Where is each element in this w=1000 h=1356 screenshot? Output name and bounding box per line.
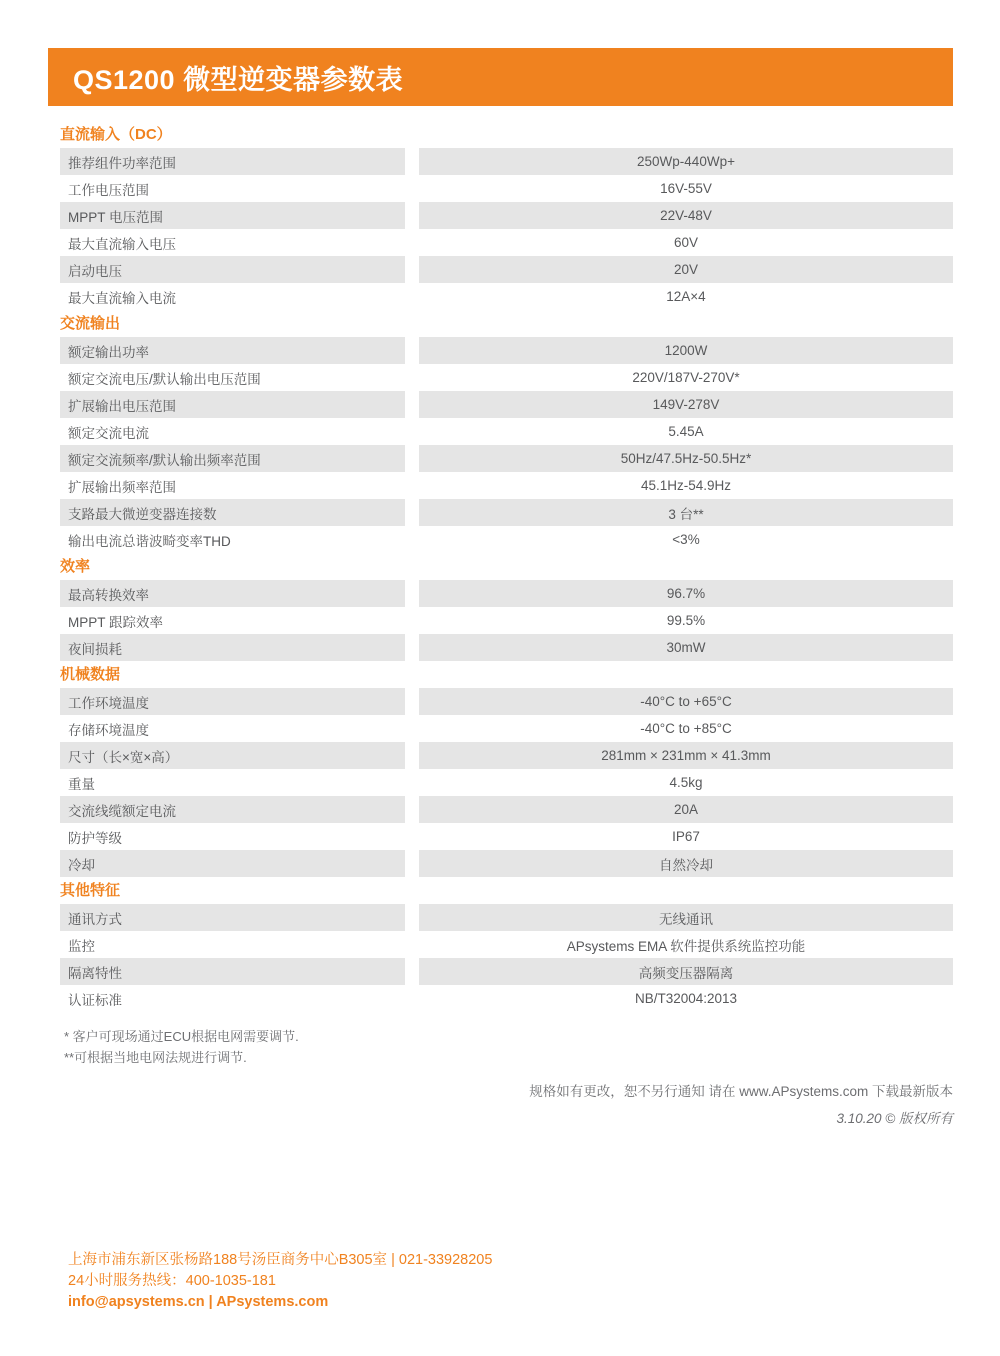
footnotes: * 客户可现场通过ECU根据电网需要调节.**可根据当地电网法规进行调节. <box>60 1026 953 1068</box>
copyright-notice: 3.10.20 © 版权所有 <box>60 1105 953 1132</box>
spec-value: 281mm × 231mm × 41.3mm <box>419 742 953 769</box>
spec-label: 尺寸（长×宽×高） <box>60 742 405 769</box>
column-gap <box>405 364 419 391</box>
section: 交流输出额定输出功率1200W额定交流电压/默认输出电压范围220V/187V-… <box>60 315 953 553</box>
column-gap <box>405 472 419 499</box>
title-banner: QS1200 微型逆变器参数表 <box>48 48 953 106</box>
spec-label: 交流线缆额定电流 <box>60 796 405 823</box>
spec-label: 推荐组件功率范围 <box>60 148 405 175</box>
column-gap <box>405 202 419 229</box>
spec-value: 220V/187V-270V* <box>419 364 953 391</box>
spec-value: -40°C to +85°C <box>419 715 953 742</box>
spec-row: MPPT 电压范围22V-48V <box>60 202 953 229</box>
spec-row: 最高转换效率96.7% <box>60 580 953 607</box>
column-gap <box>405 931 419 958</box>
spec-row: 最大直流输入电流12A×4 <box>60 283 953 310</box>
spec-row: 交流线缆额定电流20A <box>60 796 953 823</box>
spec-label: 工作电压范围 <box>60 175 405 202</box>
column-gap <box>405 823 419 850</box>
column-gap <box>405 688 419 715</box>
spec-value: 250Wp-440Wp+ <box>419 148 953 175</box>
column-gap <box>405 607 419 634</box>
spec-label: 通讯方式 <box>60 904 405 931</box>
spec-row: 冷却自然冷却 <box>60 850 953 877</box>
column-gap <box>405 904 419 931</box>
spec-label: 启动电压 <box>60 256 405 283</box>
column-gap <box>405 445 419 472</box>
column-gap <box>405 769 419 796</box>
spec-value: 高频变压器隔离 <box>419 958 953 985</box>
spec-row: 防护等级IP67 <box>60 823 953 850</box>
footnote: * 客户可现场通过ECU根据电网需要调节. <box>64 1026 953 1047</box>
spec-label: 冷却 <box>60 850 405 877</box>
spec-row: 额定交流频率/默认输出频率范围50Hz/47.5Hz-50.5Hz* <box>60 445 953 472</box>
column-gap <box>405 958 419 985</box>
spec-value: IP67 <box>419 823 953 850</box>
section: 机械数据工作环境温度-40°C to +65°C存储环境温度-40°C to +… <box>60 666 953 877</box>
section: 其他特征通讯方式无线通讯监控APsystems EMA 软件提供系统监控功能隔离… <box>60 882 953 1012</box>
spec-row: 扩展输出电压范围149V-278V <box>60 391 953 418</box>
spec-label: 额定输出功率 <box>60 337 405 364</box>
spec-value: 16V-55V <box>419 175 953 202</box>
section: 效率最高转换效率96.7%MPPT 跟踪效率99.5%夜间损耗30mW <box>60 558 953 661</box>
section-title: 机械数据 <box>60 666 953 684</box>
spec-value: 60V <box>419 229 953 256</box>
spec-row: 扩展输出频率范围45.1Hz-54.9Hz <box>60 472 953 499</box>
spec-row: 监控APsystems EMA 软件提供系统监控功能 <box>60 931 953 958</box>
page-title: QS1200 微型逆变器参数表 <box>48 58 403 97</box>
notices: 规格如有更改，恕不另行通知 请在 www.APsystems.com 下载最新版… <box>60 1078 953 1132</box>
section: 直流输入（DC）推荐组件功率范围250Wp-440Wp+工作电压范围16V-55… <box>60 126 953 310</box>
spec-row: 重量4.5kg <box>60 769 953 796</box>
spec-value: 1200W <box>419 337 953 364</box>
spec-label: 扩展输出电压范围 <box>60 391 405 418</box>
spec-value: APsystems EMA 软件提供系统监控功能 <box>419 931 953 958</box>
column-gap <box>405 229 419 256</box>
spec-value: NB/T32004:2013 <box>419 985 953 1012</box>
spec-label: 隔离特性 <box>60 958 405 985</box>
spec-row: 额定交流电流5.45A <box>60 418 953 445</box>
column-gap <box>405 283 419 310</box>
section-title: 效率 <box>60 558 953 576</box>
spec-label: 防护等级 <box>60 823 405 850</box>
spec-label: 最大直流输入电流 <box>60 283 405 310</box>
update-notice: 规格如有更改，恕不另行通知 请在 www.APsystems.com 下载最新版… <box>60 1078 953 1105</box>
column-gap <box>405 850 419 877</box>
spec-value: 45.1Hz-54.9Hz <box>419 472 953 499</box>
spec-value: 20A <box>419 796 953 823</box>
spec-label: 额定交流电压/默认输出电压范围 <box>60 364 405 391</box>
section-title: 其他特征 <box>60 882 953 900</box>
spec-row: 额定交流电压/默认输出电压范围220V/187V-270V* <box>60 364 953 391</box>
column-gap <box>405 634 419 661</box>
spec-row: 隔离特性高频变压器隔离 <box>60 958 953 985</box>
spec-row: 额定输出功率1200W <box>60 337 953 364</box>
spec-label: 支路最大微逆变器连接数 <box>60 499 405 526</box>
spec-row: 通讯方式无线通讯 <box>60 904 953 931</box>
spec-row: 启动电压20V <box>60 256 953 283</box>
column-gap <box>405 256 419 283</box>
column-gap <box>405 418 419 445</box>
spec-label: 输出电流总谐波畸变率THD <box>60 526 405 553</box>
footer-hotline: 24小时服务热线：400-1035-181 <box>68 1271 492 1292</box>
column-gap <box>405 337 419 364</box>
spec-row: 支路最大微逆变器连接数3 台** <box>60 499 953 526</box>
spec-row: 夜间损耗30mW <box>60 634 953 661</box>
spec-value: 无线通讯 <box>419 904 953 931</box>
footer-contact: 上海市浦东新区张杨路188号汤臣商务中心B305室 | 021-33928205… <box>68 1250 492 1313</box>
spec-value: 22V-48V <box>419 202 953 229</box>
spec-label: MPPT 跟踪效率 <box>60 607 405 634</box>
column-gap <box>405 175 419 202</box>
spec-row: 存储环境温度-40°C to +85°C <box>60 715 953 742</box>
column-gap <box>405 796 419 823</box>
footer-address: 上海市浦东新区张杨路188号汤臣商务中心B305室 | 021-33928205 <box>68 1250 492 1271</box>
spec-label: 重量 <box>60 769 405 796</box>
spec-label: 额定交流电流 <box>60 418 405 445</box>
spec-row: 尺寸（长×宽×高）281mm × 231mm × 41.3mm <box>60 742 953 769</box>
spec-label: 额定交流频率/默认输出频率范围 <box>60 445 405 472</box>
spec-label: 认证标准 <box>60 985 405 1012</box>
spec-value: 149V-278V <box>419 391 953 418</box>
column-gap <box>405 985 419 1012</box>
spec-value: 3 台** <box>419 499 953 526</box>
column-gap <box>405 526 419 553</box>
spec-value: 30mW <box>419 634 953 661</box>
section-title: 交流输出 <box>60 315 953 333</box>
spec-value: 5.45A <box>419 418 953 445</box>
footer-web-email: info@apsystems.cn | APsystems.com <box>68 1292 492 1313</box>
datasheet-page: QS1200 微型逆变器参数表 直流输入（DC）推荐组件功率范围250Wp-44… <box>0 0 1000 1356</box>
spec-row: 认证标准NB/T32004:2013 <box>60 985 953 1012</box>
section-title: 直流输入（DC） <box>60 126 953 144</box>
column-gap <box>405 148 419 175</box>
spec-row: 最大直流输入电压60V <box>60 229 953 256</box>
spec-value: 4.5kg <box>419 769 953 796</box>
spec-row: MPPT 跟踪效率99.5% <box>60 607 953 634</box>
spec-row: 工作环境温度-40°C to +65°C <box>60 688 953 715</box>
spec-label: 存储环境温度 <box>60 715 405 742</box>
footnote: **可根据当地电网法规进行调节. <box>64 1047 953 1068</box>
spec-value: 自然冷却 <box>419 850 953 877</box>
spec-value: 20V <box>419 256 953 283</box>
spec-value: 96.7% <box>419 580 953 607</box>
spec-value: <3% <box>419 526 953 553</box>
column-gap <box>405 580 419 607</box>
spec-label: MPPT 电压范围 <box>60 202 405 229</box>
spec-label: 夜间损耗 <box>60 634 405 661</box>
spec-row: 推荐组件功率范围250Wp-440Wp+ <box>60 148 953 175</box>
spec-table: 直流输入（DC）推荐组件功率范围250Wp-440Wp+工作电压范围16V-55… <box>60 106 953 1132</box>
column-gap <box>405 499 419 526</box>
spec-label: 最大直流输入电压 <box>60 229 405 256</box>
spec-label: 监控 <box>60 931 405 958</box>
spec-value: 99.5% <box>419 607 953 634</box>
column-gap <box>405 715 419 742</box>
spec-row: 工作电压范围16V-55V <box>60 175 953 202</box>
spec-row: 输出电流总谐波畸变率THD<3% <box>60 526 953 553</box>
column-gap <box>405 742 419 769</box>
spec-value: 12A×4 <box>419 283 953 310</box>
spec-label: 工作环境温度 <box>60 688 405 715</box>
spec-label: 扩展输出频率范围 <box>60 472 405 499</box>
spec-value: 50Hz/47.5Hz-50.5Hz* <box>419 445 953 472</box>
column-gap <box>405 391 419 418</box>
spec-label: 最高转换效率 <box>60 580 405 607</box>
spec-value: -40°C to +65°C <box>419 688 953 715</box>
